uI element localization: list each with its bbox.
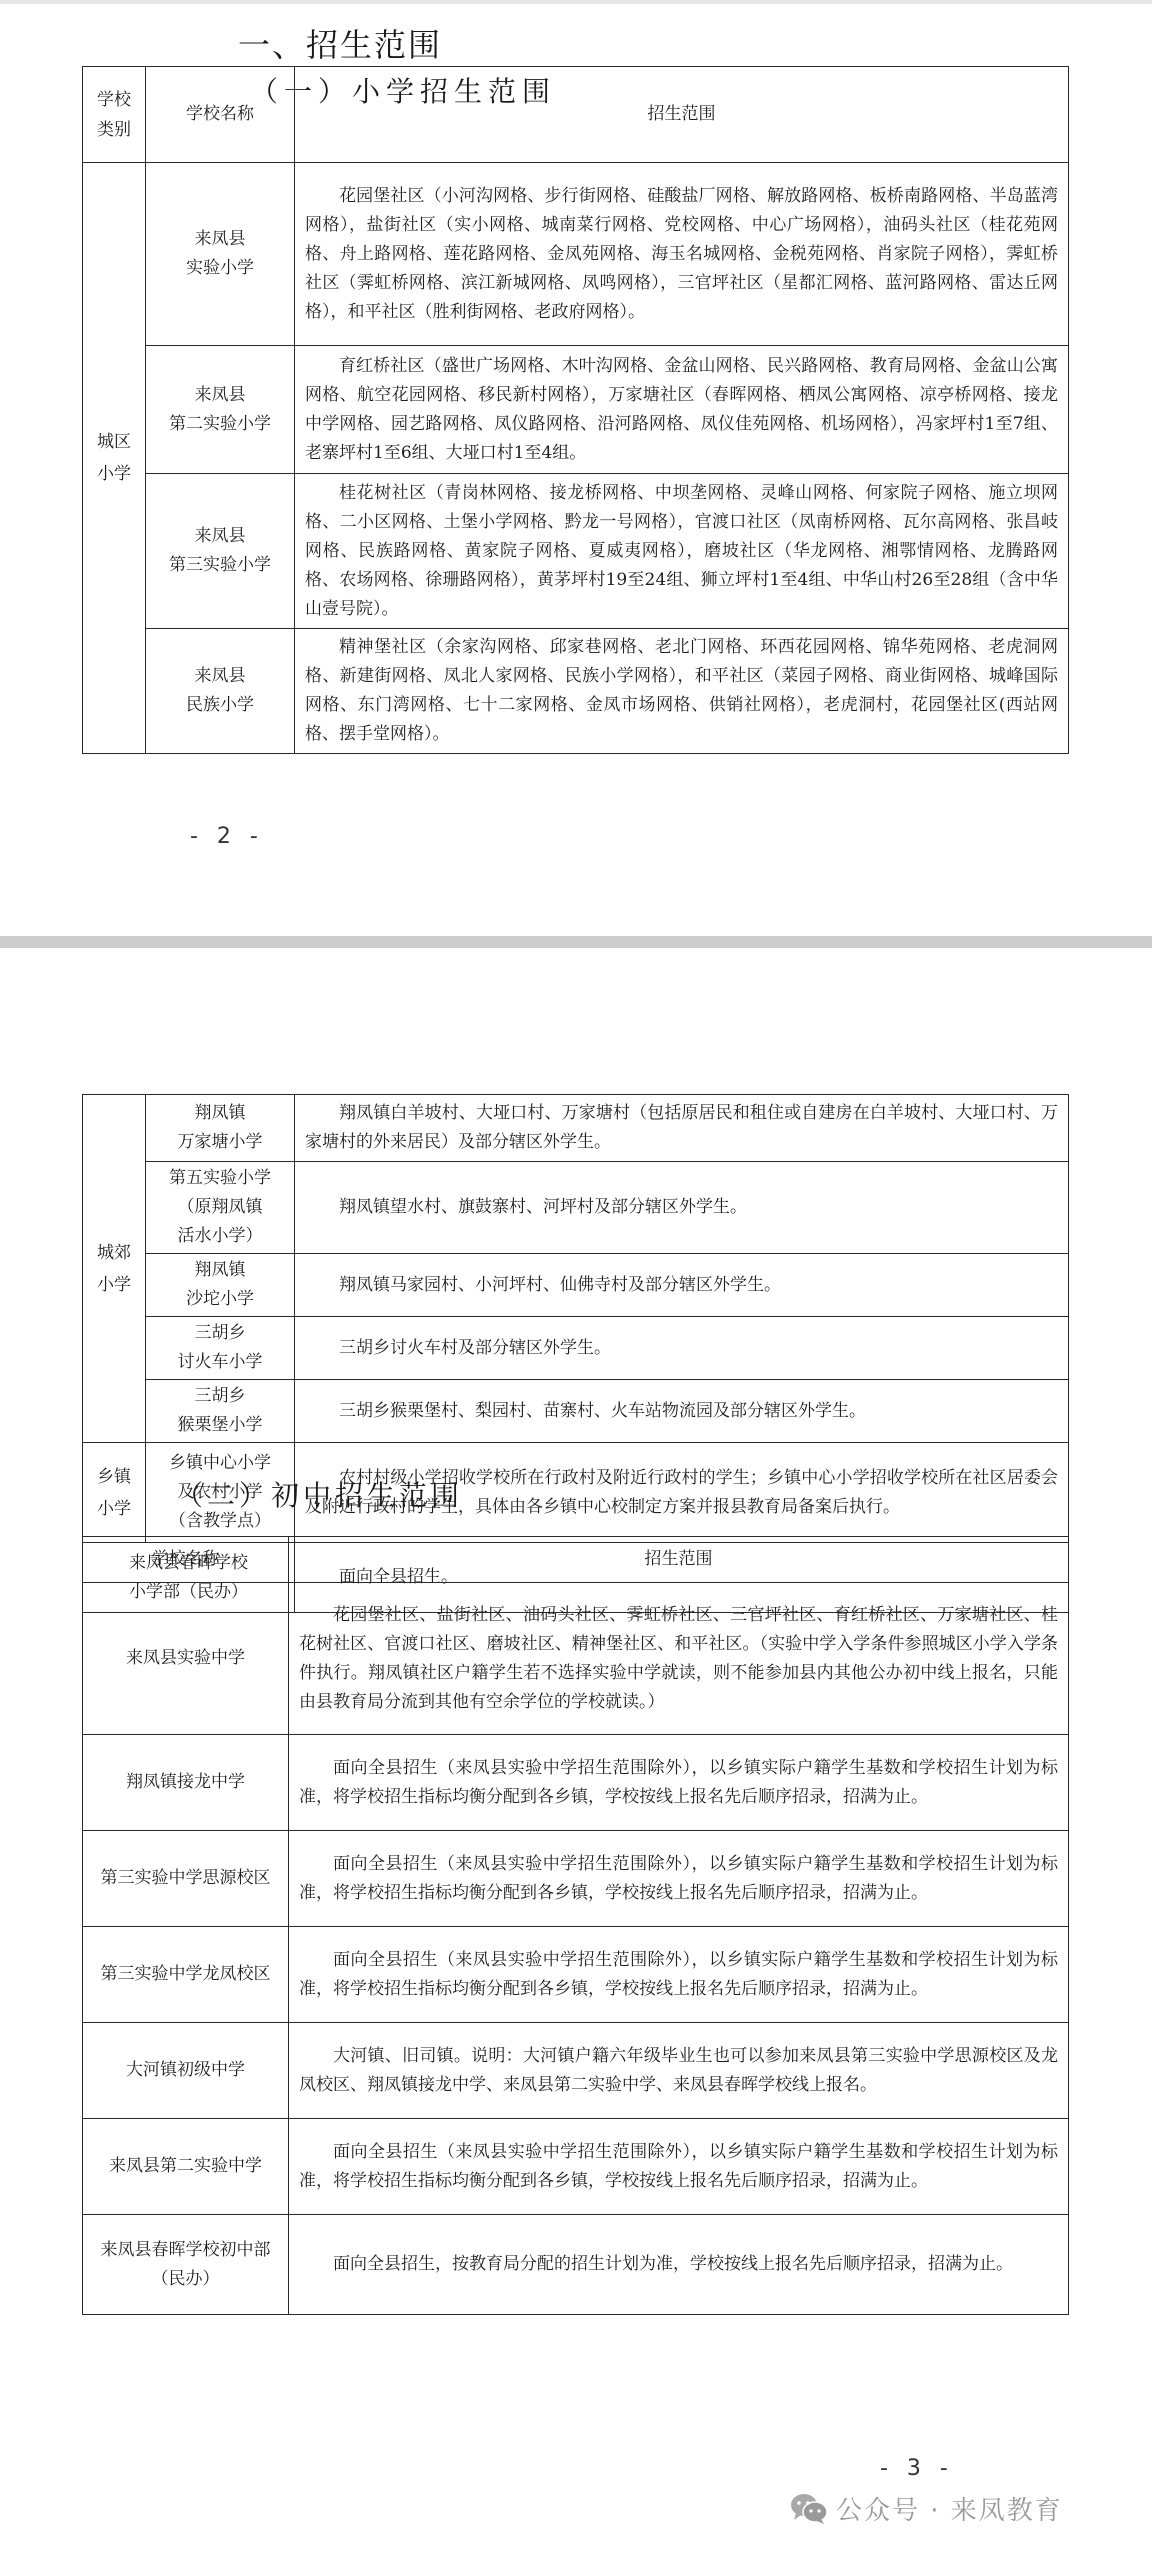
header-scope: 招生范围 — [295, 67, 1069, 163]
school-name: 来凤县 实验小学 — [146, 163, 295, 346]
scope-text: 花园堡社区（小河沟网格、步行街网格、硅酸盐厂网格、解放路网格、板桥南路网格、半岛… — [295, 163, 1069, 346]
document-page-3: 城郊小学 翔凤镇 万家塘小学 翔凤镇白羊坡村、大垭口村、万家塘村（包括原居民和租… — [0, 948, 1152, 2557]
scope-text: 翔凤镇望水村、旗鼓寨村、河坪村及部分辖区外学生。 — [295, 1162, 1069, 1254]
table-header-row: 学校类别 学校名称 招生范围 — [83, 67, 1069, 163]
middle-section-title: （二）初中招生范围 — [175, 1474, 463, 1514]
table-row: 来凤县 第三实验小学 桂花树社区（青岗林网格、接龙桥网格、中坝垄网格、灵峰山网格… — [83, 474, 1069, 629]
table-row: 来凤县 民族小学 精神堡社区（余家沟网格、邱家巷网格、老北门网格、环西花园网格、… — [83, 629, 1069, 754]
table-row: 来凤县第二实验中学 面向全县招生（来凤县实验中学招生范围除外），以乡镇实际户籍学… — [83, 2119, 1069, 2215]
scope-text: 精神堡社区（余家沟网格、邱家巷网格、老北门网格、环西花园网格、锦华苑网格、老虎洞… — [295, 629, 1069, 754]
school-name: 翔凤镇 万家塘小学 — [146, 1095, 295, 1162]
middle-enrollment-table: 学校名称 招生范围 来凤县实验中学 花园堡社区、盐街社区、油码头社区、霁虹桥社区… — [82, 1536, 1069, 2315]
school-name: 第三实验中学龙凤校区 — [83, 1927, 289, 2023]
scope-text: 面向全县招生（来凤县实验中学招生范围除外），以乡镇实际户籍学生基数和学校招生计划… — [289, 1927, 1069, 2023]
category-cell: 乡镇小学 — [83, 1443, 146, 1543]
scope-text: 面向全县招生，按教育局分配的招生计划为准，学校按线上报名先后顺序招录，招满为止。 — [289, 2215, 1069, 2315]
scope-text: 翔凤镇马家园村、小河坪村、仙佛寺村及部分辖区外学生。 — [295, 1254, 1069, 1317]
scope-text: 翔凤镇白羊坡村、大垭口村、万家塘村（包括原居民和租住或自建房在白羊坡村、大垭口村… — [295, 1095, 1069, 1162]
table-row: 三胡乡 讨火车小学 三胡乡讨火车村及部分辖区外学生。 — [83, 1317, 1069, 1380]
table-row: 翔凤镇 沙坨小学 翔凤镇马家园村、小河坪村、仙佛寺村及部分辖区外学生。 — [83, 1254, 1069, 1317]
school-name: 来凤县 民族小学 — [146, 629, 295, 754]
section-title: 一、招生范围 — [238, 20, 442, 66]
school-name: 大河镇初级中学 — [83, 2023, 289, 2119]
category-cell: 城区小学 — [83, 163, 146, 754]
table-header-row: 学校名称 招生范围 — [83, 1537, 1069, 1583]
watermark-text: 公众号 · 来凤教育 — [836, 2490, 1063, 2527]
school-name: 三胡乡 讨火车小学 — [146, 1317, 295, 1380]
scope-text: 面向全县招生（来凤县实验中学招生范围除外），以乡镇实际户籍学生基数和学校招生计划… — [289, 1735, 1069, 1831]
table-row: 第五实验小学 （原翔凤镇 活水小学） 翔凤镇望水村、旗鼓寨村、河坪村及部分辖区外… — [83, 1162, 1069, 1254]
table-row: 第三实验中学思源校区 面向全县招生（来凤县实验中学招生范围除外），以乡镇实际户籍… — [83, 1831, 1069, 1927]
table-row: 来凤县实验中学 花园堡社区、盐街社区、油码头社区、霁虹桥社区、三官坪社区、育红桥… — [83, 1583, 1069, 1735]
table-row: 城郊小学 翔凤镇 万家塘小学 翔凤镇白羊坡村、大垭口村、万家塘村（包括原居民和租… — [83, 1095, 1069, 1162]
school-name: 来凤县 第三实验小学 — [146, 474, 295, 629]
scope-text: 面向全县招生（来凤县实验中学招生范围除外），以乡镇实际户籍学生基数和学校招生计划… — [289, 1831, 1069, 1927]
school-name: 翔凤镇接龙中学 — [83, 1735, 289, 1831]
scope-text: 育红桥社区（盛世广场网格、木叶沟网格、金盆山网格、民兴路网格、教育局网格、金盆山… — [295, 346, 1069, 474]
wechat-watermark: 公众号 · 来凤教育 — [790, 2490, 1063, 2527]
school-name: 第三实验中学思源校区 — [83, 1831, 289, 1927]
school-name: 来凤县春晖学校初中部 （民办） — [83, 2215, 289, 2315]
header-category: 学校类别 — [83, 67, 146, 163]
document-page-2: 一、招生范围 （一）小学招生范围 学校类别 学校名称 招生范围 城区小学 来凤县… — [0, 4, 1152, 936]
header-scope: 招生范围 — [289, 1537, 1069, 1583]
table-row: 城区小学 来凤县 实验小学 花园堡社区（小河沟网格、步行街网格、硅酸盐厂网格、解… — [83, 163, 1069, 346]
school-name: 第五实验小学 （原翔凤镇 活水小学） — [146, 1162, 295, 1254]
wechat-icon — [790, 2493, 828, 2525]
table-row: 来凤县春晖学校初中部 （民办） 面向全县招生，按教育局分配的招生计划为准，学校按… — [83, 2215, 1069, 2315]
page-separator — [0, 936, 1152, 948]
table-row: 来凤县 第二实验小学 育红桥社区（盛世广场网格、木叶沟网格、金盆山网格、民兴路网… — [83, 346, 1069, 474]
category-cell: 城郊小学 — [83, 1095, 146, 1443]
scope-text: 三胡乡讨火车村及部分辖区外学生。 — [295, 1317, 1069, 1380]
scope-text: 面向全县招生（来凤县实验中学招生范围除外），以乡镇实际户籍学生基数和学校招生计划… — [289, 2119, 1069, 2215]
header-school-name: 学校名称 — [146, 67, 295, 163]
page-number: - 2 - — [190, 824, 264, 849]
page-number: - 3 - — [880, 2456, 954, 2481]
header-school-name: 学校名称 — [83, 1537, 289, 1583]
scope-text: 花园堡社区、盐街社区、油码头社区、霁虹桥社区、三官坪社区、育红桥社区、万家塘社区… — [289, 1583, 1069, 1735]
table-row: 三胡乡 猴栗堡小学 三胡乡猴栗堡村、梨园村、苗寨村、火车站物流园及部分辖区外学生… — [83, 1380, 1069, 1443]
school-name: 来凤县 第二实验小学 — [146, 346, 295, 474]
scope-text: 桂花树社区（青岗林网格、接龙桥网格、中坝垄网格、灵峰山网格、何家院子网格、施立坝… — [295, 474, 1069, 629]
scope-text: 三胡乡猴栗堡村、梨园村、苗寨村、火车站物流园及部分辖区外学生。 — [295, 1380, 1069, 1443]
table-row: 大河镇初级中学 大河镇、旧司镇。说明：大河镇户籍六年级毕业生也可以参加来凤县第三… — [83, 2023, 1069, 2119]
table-row: 第三实验中学龙凤校区 面向全县招生（来凤县实验中学招生范围除外），以乡镇实际户籍… — [83, 1927, 1069, 2023]
primary-enrollment-table: 学校类别 学校名称 招生范围 城区小学 来凤县 实验小学 花园堡社区（小河沟网格… — [82, 66, 1069, 754]
scope-text: 大河镇、旧司镇。说明：大河镇户籍六年级毕业生也可以参加来凤县第三实验中学思源校区… — [289, 2023, 1069, 2119]
school-name: 翔凤镇 沙坨小学 — [146, 1254, 295, 1317]
school-name: 来凤县实验中学 — [83, 1583, 289, 1735]
table-row: 翔凤镇接龙中学 面向全县招生（来凤县实验中学招生范围除外），以乡镇实际户籍学生基… — [83, 1735, 1069, 1831]
school-name: 三胡乡 猴栗堡小学 — [146, 1380, 295, 1443]
school-name: 来凤县第二实验中学 — [83, 2119, 289, 2215]
